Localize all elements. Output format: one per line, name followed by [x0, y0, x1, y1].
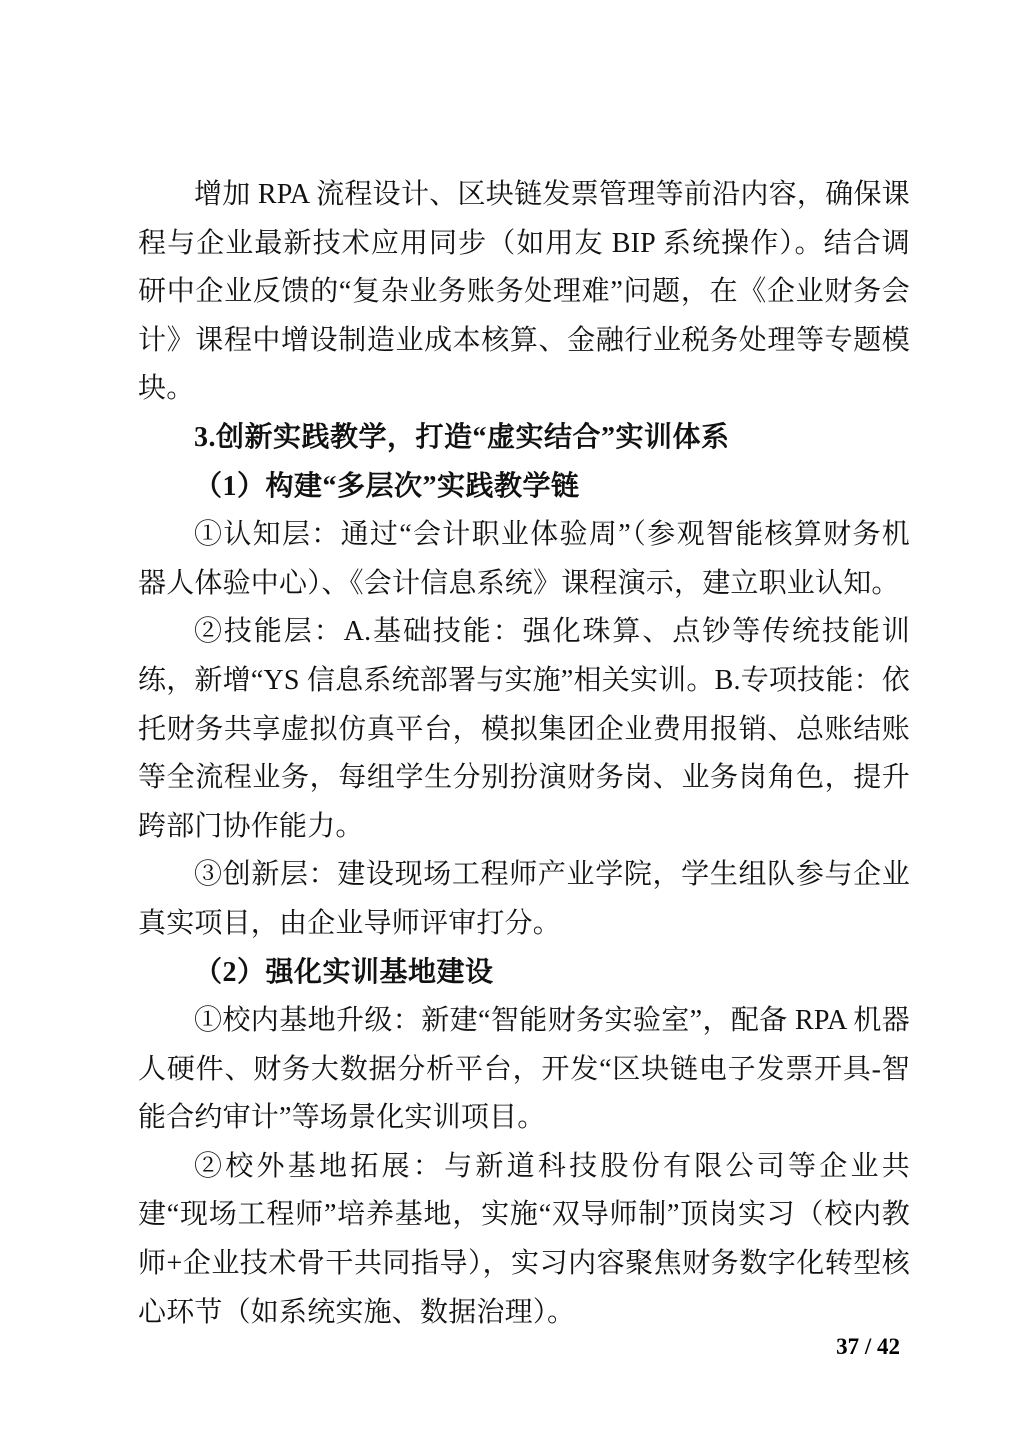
- paragraph-campus-base-upgrade: ①校内基地升级：新建“智能财务实验室”，配备 RPA 机器人硬件、财务大数据分析…: [138, 997, 910, 1143]
- subsection-heading-1: （1）构建“多层次”实践教学链: [138, 463, 910, 512]
- paragraph-innovation-layer: ③创新层：建设现场工程师产业学院，学生组队参与企业真实项目，由企业导师评审打分。: [138, 851, 910, 948]
- paragraph-curriculum-update: 增加 RPA 流程设计、区块链发票管理等前沿内容，确保课程与企业最新技术应用同步…: [138, 171, 910, 414]
- subsection-heading-2: （2）强化实训基地建设: [138, 949, 910, 998]
- document-page: 增加 RPA 流程设计、区块链发票管理等前沿内容，确保课程与企业最新技术应用同步…: [0, 0, 1024, 1448]
- section-heading-3: 3.创新实践教学，打造“虚实结合”实训体系: [138, 414, 910, 463]
- paragraph-skill-layer: ②技能层：A.基础技能：强化珠算、点钞等传统技能训练，新增“YS 信息系统部署与…: [138, 608, 910, 851]
- paragraph-offcampus-base-expansion: ②校外基地拓展：与新道科技股份有限公司等企业共建“现场工程师”培养基地，实施“双…: [138, 1143, 910, 1337]
- paragraph-cognition-layer: ①认知层：通过“会计职业体验周”（参观智能核算财务机器人体验中心）、《会计信息系…: [138, 511, 910, 608]
- page-number: 37 / 42: [836, 1334, 900, 1360]
- document-body: 增加 RPA 流程设计、区块链发票管理等前沿内容，确保课程与企业最新技术应用同步…: [138, 171, 910, 1337]
